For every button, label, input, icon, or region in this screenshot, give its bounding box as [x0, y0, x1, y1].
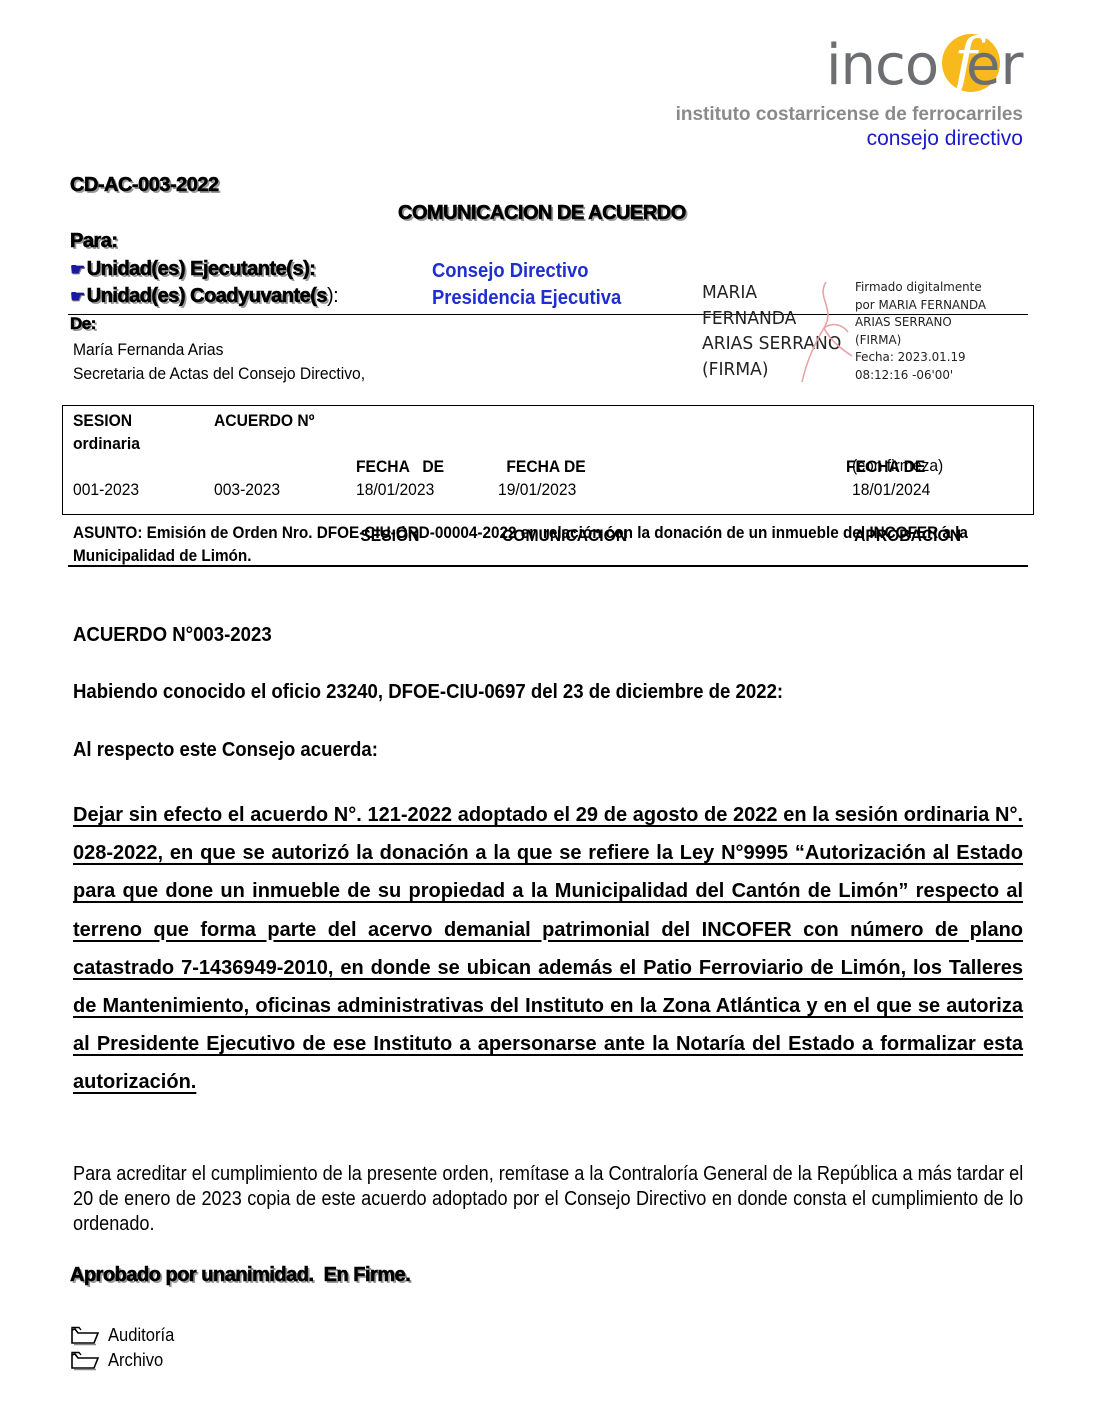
pointing-hand-icon: ☛ — [70, 287, 85, 306]
recipient-presidencia-ejecutiva: Presidencia Ejecutiva — [432, 287, 621, 310]
signature-detail-line: por MARIA FERNANDA — [855, 296, 986, 314]
folder-icon — [70, 1326, 100, 1346]
signature-detail-line: 08:12:16 -06'00' — [855, 366, 986, 384]
copy-archivo: Archivo — [70, 1350, 168, 1371]
signature-detail-line: (FIRMA) — [855, 331, 986, 349]
header-line: FECHA DE — [356, 455, 444, 478]
document-title: COMUNICACION DE ACUERDO — [398, 202, 686, 225]
agreement-heading: ACUERDO N°003-2023 — [73, 624, 272, 647]
logo-word-inco: inco — [826, 38, 938, 94]
value-agreement-number: 003-2023 — [214, 480, 280, 500]
assisting-units-tail: ): — [327, 285, 338, 307]
assisting-units-text: Unidad(es) Coadyuvante(s — [87, 285, 327, 307]
council-agrees-statement: Al respecto este Consejo acuerda: — [73, 739, 378, 762]
resolution-text: Dejar sin efecto el acuerdo N°. 121-2022… — [73, 796, 1023, 1102]
having-known-statement: Habiendo conocido el oficio 23240, DFOE-… — [73, 681, 783, 704]
executing-units-label: ☛Unidad(es) Ejecutante(s): — [70, 258, 315, 281]
header-line: SESION — [73, 409, 140, 432]
header-line: ordinaria — [73, 432, 140, 455]
subject: ASUNTO: Emisión de Orden Nro. DFOE-CIU-O… — [73, 521, 1027, 567]
approval-statement: Aprobado por unanimidad. En Firme. — [70, 1264, 410, 1287]
assisting-units-label: ☛Unidad(es) Coadyuvante(s): — [70, 285, 338, 308]
compliance-paragraph: Para acreditar el cumplimiento de la pre… — [73, 1162, 1023, 1237]
approval-note: (con firmeza) — [852, 456, 943, 476]
from-name: María Fernanda Arias — [73, 340, 223, 360]
value-session: 001-2023 — [73, 480, 139, 500]
from-role: Secretaria de Actas del Consejo Directiv… — [73, 364, 365, 384]
value-approval-date: 18/01/2024 — [852, 480, 930, 500]
value-session-date: 18/01/2023 — [356, 480, 434, 500]
signature-watermark-icon — [796, 278, 856, 388]
header-line: FECHA DE — [502, 455, 627, 478]
logo-subtitle: consejo directivo — [867, 127, 1023, 151]
executing-units-text: Unidad(es) Ejecutante(s): — [87, 258, 316, 280]
subject-underline — [68, 565, 1028, 567]
pointing-hand-icon: ☛ — [70, 260, 85, 279]
from-label: De: — [70, 314, 96, 334]
header-session: SESION ordinaria — [73, 409, 140, 455]
folder-icon — [70, 1351, 100, 1371]
copy-label: Archivo — [108, 1350, 163, 1371]
logo-institute-name: instituto costarricense de ferrocarriles — [676, 104, 1023, 126]
recipient-consejo-directivo: Consejo Directivo — [432, 260, 588, 283]
copy-label: Auditoría — [108, 1325, 174, 1346]
signature-detail-line: Fecha: 2023.01.19 — [855, 348, 986, 366]
signature-details: Firmado digitalmente por MARIA FERNANDA … — [855, 278, 986, 383]
to-label: Para: — [70, 230, 118, 253]
signature-detail-line: ARIAS SERRANO — [855, 313, 986, 331]
signature-detail-line: Firmado digitalmente — [855, 278, 986, 296]
header-line: ACUERDO Nº — [214, 409, 314, 432]
value-communication-date: 19/01/2023 — [498, 480, 576, 500]
header-agreement-number: ACUERDO Nº — [214, 409, 314, 432]
logo-word-er: er — [966, 38, 1023, 94]
document-code: CD-AC-003-2022 — [70, 174, 219, 197]
copy-auditoria: Auditoría — [70, 1325, 180, 1346]
